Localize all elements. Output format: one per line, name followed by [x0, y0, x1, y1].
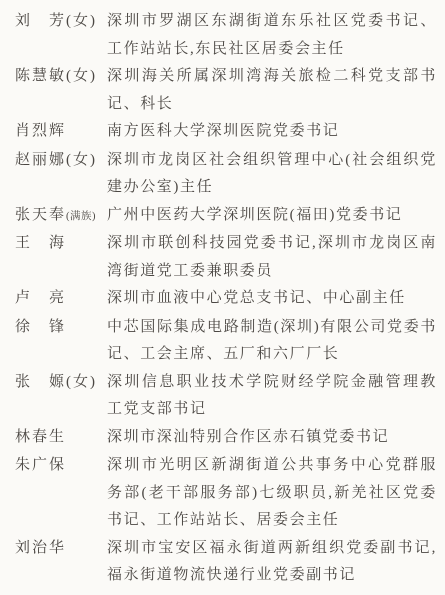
person-name: 刘治华 [15, 535, 107, 564]
person-name-text: 卢 亮 [15, 290, 66, 306]
person-name: 王 海 [15, 230, 107, 259]
person-name: 肖烈辉 [15, 118, 107, 147]
person-name-text: 赵丽娜(女) [15, 152, 97, 168]
person-title: 深圳市罗湖区东湖街道东乐社区党委书记、工作站站长,东民社区居委会主任 [107, 8, 437, 63]
person-name: 卢 亮 [15, 285, 107, 314]
person-name: 刘 芳(女) [15, 8, 107, 37]
person-name-text: 张 嫄(女) [15, 374, 97, 390]
entry-row: 刘治华 深圳市宝安区福永街道两新组织党委副书记,福永街道物流快递行业党委副书记 [15, 535, 437, 590]
person-title: 深圳信息职业技术学院财经学院金融管理教工党支部书记 [107, 369, 437, 424]
person-title: 南方医科大学深圳医院党委书记 [107, 118, 437, 146]
person-title: 深圳市血液中心党总支书记、中心副主任 [107, 285, 437, 313]
person-title: 深圳市宝安区福永街道两新组织党委副书记,福永街道物流快递行业党委副书记 [107, 535, 437, 590]
person-title: 深圳市联创科技园党委书记,深圳市龙岗区南湾街道党工委兼职委员 [107, 230, 437, 285]
person-name: 朱广保 [15, 452, 107, 481]
person-name-text: 陈慧敏(女) [15, 68, 97, 84]
person-name: 陈慧敏(女) [15, 63, 107, 92]
entry-row: 朱广保 深圳市光明区新湖街道公共事务中心党群服务部(老干部服务部)七级职员,新羌… [15, 452, 437, 535]
person-name-text: 肖烈辉 [15, 123, 66, 139]
entry-row: 刘 芳(女) 深圳市罗湖区东湖街道东乐社区党委书记、工作站站长,东民社区居委会主… [15, 8, 437, 63]
ethnic-note: (满族) [66, 211, 96, 222]
person-name: 赵丽娜(女) [15, 147, 107, 176]
person-name: 张天奉(满族) [15, 202, 107, 231]
person-title: 深圳市龙岗区社会组织管理中心(社会组织党建办公室)主任 [107, 147, 437, 202]
entry-row: 张 嫄(女) 深圳信息职业技术学院财经学院金融管理教工党支部书记 [15, 369, 437, 424]
document-page: 刘 芳(女) 深圳市罗湖区东湖街道东乐社区党委书记、工作站站长,东民社区居委会主… [0, 0, 445, 595]
entry-row: 赵丽娜(女) 深圳市龙岗区社会组织管理中心(社会组织党建办公室)主任 [15, 147, 437, 202]
person-name-text: 张天奉 [15, 207, 66, 223]
entry-row: 林春生 深圳市深汕特别合作区赤石镇党委书记 [15, 424, 437, 453]
person-title: 深圳市深汕特别合作区赤石镇党委书记 [107, 424, 437, 452]
person-name-text: 刘 芳(女) [15, 13, 97, 29]
person-name: 张 嫄(女) [15, 369, 107, 398]
entry-row: 王 海 深圳市联创科技园党委书记,深圳市龙岗区南湾街道党工委兼职委员 [15, 230, 437, 285]
person-name: 林春生 [15, 424, 107, 453]
person-title: 深圳海关所属深圳湾海关旅检二科党支部书记、科长 [107, 63, 437, 118]
person-name-text: 王 海 [15, 235, 66, 251]
person-name-text: 刘治华 [15, 540, 66, 556]
person-title: 中芯国际集成电路制造(深圳)有限公司党委书记、工会主席、五厂和六厂厂长 [107, 314, 437, 369]
entry-row: 陈慧敏(女) 深圳海关所属深圳湾海关旅检二科党支部书记、科长 [15, 63, 437, 118]
person-name-text: 徐 锋 [15, 319, 66, 335]
person-name-text: 林春生 [15, 429, 66, 445]
name-list: 刘 芳(女) 深圳市罗湖区东湖街道东乐社区党委书记、工作站站长,东民社区居委会主… [15, 8, 437, 590]
entry-row: 张天奉(满族) 广州中医药大学深圳医院(福田)党委书记 [15, 202, 437, 231]
person-name-text: 朱广保 [15, 457, 66, 473]
person-title: 深圳市光明区新湖街道公共事务中心党群服务部(老干部服务部)七级职员,新羌社区党委… [107, 452, 437, 535]
person-title: 广州中医药大学深圳医院(福田)党委书记 [107, 202, 437, 230]
entry-row: 徐 锋 中芯国际集成电路制造(深圳)有限公司党委书记、工会主席、五厂和六厂厂长 [15, 314, 437, 369]
entry-row: 肖烈辉 南方医科大学深圳医院党委书记 [15, 118, 437, 147]
entry-row: 卢 亮 深圳市血液中心党总支书记、中心副主任 [15, 285, 437, 314]
person-name: 徐 锋 [15, 314, 107, 343]
